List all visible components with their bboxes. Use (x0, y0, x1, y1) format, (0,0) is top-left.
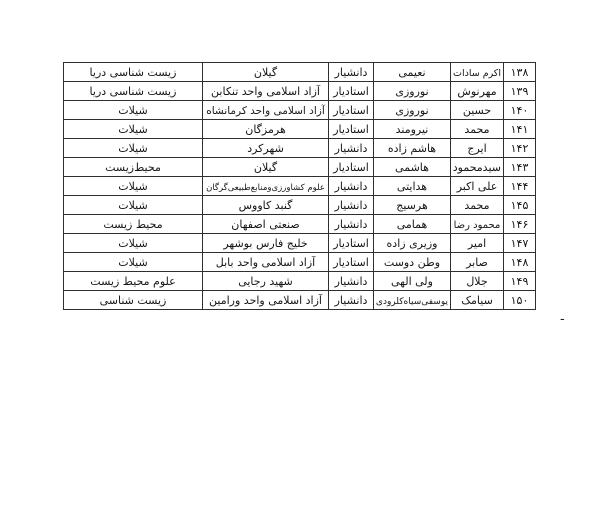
university-cell: هرمزگان (203, 120, 329, 139)
rank-cell: استادیار (329, 234, 374, 253)
row-number-cell: ۱۴۱ (504, 120, 536, 139)
cell-text: محمد (464, 199, 489, 212)
cell-text: گنبد کاووس (239, 199, 293, 212)
table-row: ۱۴۱محمدنیرومنداستادیارهرمزگانشیلات (64, 120, 536, 139)
first-name-cell: علی اکبر (451, 177, 504, 196)
cell-text: ایرج (467, 142, 486, 155)
cell-text: نعیمی (398, 66, 425, 79)
last-name-cell: هاشمی (374, 158, 451, 177)
table-row: ۱۴۳سیدمحمودهاشمیاستادیارگیلانمحیط‌زیست (64, 158, 536, 177)
cell-text: دانشیار (335, 218, 368, 231)
last-name-cell: هرسیج (374, 196, 451, 215)
field-cell: شیلات (64, 120, 203, 139)
cell-text: شیلات (118, 180, 147, 193)
cell-text: خلیج فارس بوشهر (223, 237, 307, 250)
cell-text: ۱۴۰ (511, 104, 529, 117)
last-name-cell: نوروزی (374, 101, 451, 120)
row-number-cell: ۱۴۷ (504, 234, 536, 253)
last-name-cell: وزیری زاده (374, 234, 451, 253)
table-row: ۱۴۵محمدهرسیجدانشیارگنبد کاووسشیلات (64, 196, 536, 215)
cell-text: ۱۴۶ (511, 218, 529, 231)
table-row: ۱۴۶محمود رضاهمامیدانشیارصنعتی اصفهانمحیط… (64, 215, 536, 234)
cell-text: ۱۴۱ (511, 123, 529, 136)
cell-text: دانشیار (335, 142, 368, 155)
cell-text: یوسفی‌سیاه‌کلرودی (376, 297, 448, 307)
cell-text: گیلان (254, 161, 277, 174)
field-cell: زیست شناسی (64, 291, 203, 310)
row-number-cell: ۱۳۹ (504, 82, 536, 101)
cell-text: صنعتی اصفهان (231, 218, 299, 231)
cell-text: هرسیج (396, 199, 428, 212)
cell-text: ۱۵۰ (511, 294, 529, 307)
cell-text: ۱۴۹ (511, 275, 529, 288)
university-cell: آزاد اسلامی واحد بابل (203, 253, 329, 272)
cell-text: زیست شناسی دریا (90, 66, 177, 79)
field-cell: شیلات (64, 139, 203, 158)
cell-text: استادیار (333, 237, 369, 250)
table-row: ۱۳۸اکرم ساداتنعیمیدانشیارگیلانزیست شناسی… (64, 63, 536, 82)
field-cell: شیلات (64, 196, 203, 215)
cell-text: شیلات (118, 104, 147, 117)
rank-cell: دانشیار (329, 196, 374, 215)
cell-text: ۱۳۸ (511, 66, 529, 79)
cell-text: ۱۴۸ (511, 256, 529, 269)
field-cell: محیط‌زیست (64, 158, 203, 177)
cell-text: هدایتی (397, 180, 427, 193)
cell-text: وزیری زاده (387, 237, 438, 250)
first-name-cell: محمد (451, 196, 504, 215)
rank-cell: استادیار (329, 101, 374, 120)
table-row: ۱۳۹مهرنوشنوروزیاستادیارآزاد اسلامی واحد … (64, 82, 536, 101)
rank-cell: دانشیار (329, 291, 374, 310)
last-name-cell: نیرومند (374, 120, 451, 139)
first-name-cell: حسین (451, 101, 504, 120)
cell-text: شیلات (118, 256, 147, 269)
last-name-cell: هدایتی (374, 177, 451, 196)
first-name-cell: جلال (451, 272, 504, 291)
row-number-cell: ۱۴۸ (504, 253, 536, 272)
first-name-cell: اکرم سادات (451, 63, 504, 82)
row-number-cell: ۱۵۰ (504, 291, 536, 310)
university-cell: علوم کشاورزی‌ومنابع‌طبیعی‌گرگان (203, 177, 329, 196)
page-dash: - (560, 312, 565, 327)
university-cell: شهرکرد (203, 139, 329, 158)
cell-text: محیط زیست (103, 218, 162, 231)
cell-text: هاشمی (395, 161, 429, 174)
cell-text: صابر (466, 256, 488, 269)
first-name-cell: محمد (451, 120, 504, 139)
cell-text: آزاد اسلامی واحد ورامین (209, 294, 322, 307)
cell-text: استادیار (333, 161, 369, 174)
field-cell: شیلات (64, 253, 203, 272)
cell-text: آزاد اسلامی واحد کرمانشاه (206, 105, 325, 117)
university-cell: گیلان (203, 158, 329, 177)
last-name-cell: نوروزی (374, 82, 451, 101)
cell-text: گیلان (254, 66, 277, 79)
first-name-cell: مهرنوش (451, 82, 504, 101)
cell-text: هرمزگان (245, 123, 286, 136)
cell-text: نیرومند (396, 123, 429, 136)
cell-text: نوروزی (395, 104, 428, 117)
cell-text: ولی الهی (391, 275, 433, 288)
cell-text: دانشیار (335, 66, 368, 79)
cell-text: شهرکرد (247, 142, 284, 155)
rank-cell: دانشیار (329, 272, 374, 291)
cell-text: شیلات (118, 199, 147, 212)
table-row: ۱۴۹جلالولی الهیدانشیارشهید رجاییعلوم محی… (64, 272, 536, 291)
cell-text: آزاد اسلامی واحد تنکابن (211, 85, 320, 98)
first-name-cell: صابر (451, 253, 504, 272)
cell-text: نوروزی (395, 85, 428, 98)
cell-text: استادیار (333, 123, 369, 136)
university-cell: خلیج فارس بوشهر (203, 234, 329, 253)
last-name-cell: همامی (374, 215, 451, 234)
table-row: ۱۴۰حسیننوروزیاستادیارآزاد اسلامی واحد کر… (64, 101, 536, 120)
table-row: ۱۵۰سیامکیوسفی‌سیاه‌کلرودیدانشیارآزاد اسل… (64, 291, 536, 310)
rank-cell: دانشیار (329, 215, 374, 234)
field-cell: شیلات (64, 177, 203, 196)
university-cell: گنبد کاووس (203, 196, 329, 215)
first-name-cell: محمود رضا (451, 215, 504, 234)
rank-cell: دانشیار (329, 139, 374, 158)
cell-text: هاشم زاده (388, 142, 436, 155)
table-row: ۱۴۸صابروطن دوستاستادیارآزاد اسلامی واحد … (64, 253, 536, 272)
row-number-cell: ۱۴۶ (504, 215, 536, 234)
cell-text: ۱۳۹ (511, 85, 529, 98)
table-row: ۱۴۲ایرجهاشم زادهدانشیارشهرکردشیلات (64, 139, 536, 158)
cell-text: دانشیار (335, 275, 368, 288)
cell-text: همامی (397, 218, 428, 231)
cell-text: ۱۴۴ (511, 180, 529, 193)
cell-text: محیط‌زیست (105, 161, 161, 174)
cell-text: شهید رجایی (238, 275, 293, 288)
field-cell: محیط زیست (64, 215, 203, 234)
table-row: ۱۴۴علی اکبرهدایتیدانشیارعلوم کشاورزی‌ومن… (64, 177, 536, 196)
first-name-cell: امیر (451, 234, 504, 253)
field-cell: علوم محیط زیست (64, 272, 203, 291)
field-cell: زیست شناسی دریا (64, 63, 203, 82)
cell-text: شیلات (118, 123, 147, 136)
cell-text: علی اکبر (457, 180, 498, 193)
cell-text: مهرنوش (457, 85, 496, 98)
row-number-cell: ۱۴۲ (504, 139, 536, 158)
cell-text: شیلات (118, 237, 147, 250)
first-name-cell: سیامک (451, 291, 504, 310)
field-cell: زیست شناسی دریا (64, 82, 203, 101)
table-row: ۱۴۷امیروزیری زادهاستادیارخلیج فارس بوشهر… (64, 234, 536, 253)
cell-text: زیست شناسی (100, 294, 167, 307)
cell-text: استادیار (333, 85, 369, 98)
row-number-cell: ۱۳۸ (504, 63, 536, 82)
cell-text: استادیار (333, 256, 369, 269)
field-cell: شیلات (64, 234, 203, 253)
cell-text: دانشیار (335, 199, 368, 212)
last-name-cell: ولی الهی (374, 272, 451, 291)
cell-text: سیامک (461, 294, 493, 307)
rank-cell: استادیار (329, 82, 374, 101)
cell-text: حسین (463, 104, 491, 117)
rank-cell: دانشیار (329, 63, 374, 82)
cell-text: استادیار (333, 104, 369, 117)
university-cell: گیلان (203, 63, 329, 82)
last-name-cell: نعیمی (374, 63, 451, 82)
rank-cell: دانشیار (329, 177, 374, 196)
last-name-cell: وطن دوست (374, 253, 451, 272)
last-name-cell: هاشم زاده (374, 139, 451, 158)
cell-text: ۱۴۲ (511, 142, 529, 155)
university-cell: آزاد اسلامی واحد تنکابن (203, 82, 329, 101)
last-name-cell: یوسفی‌سیاه‌کلرودی (374, 291, 451, 310)
cell-text: دانشیار (335, 180, 368, 193)
cell-text: ۱۴۷ (511, 237, 529, 250)
cell-text: سیدمحمود (453, 161, 501, 174)
cell-text: امیر (468, 237, 486, 250)
cell-text: زیست شناسی دریا (90, 85, 177, 98)
cell-text: علوم کشاورزی‌ومنابع‌طبیعی‌گرگان (206, 183, 325, 193)
field-cell: شیلات (64, 101, 203, 120)
cell-text: علوم محیط زیست (90, 275, 175, 288)
cell-text: وطن دوست (384, 256, 440, 269)
row-number-cell: ۱۴۴ (504, 177, 536, 196)
cell-text: اکرم سادات (453, 68, 501, 79)
row-number-cell: ۱۴۰ (504, 101, 536, 120)
university-cell: صنعتی اصفهان (203, 215, 329, 234)
row-number-cell: ۱۴۹ (504, 272, 536, 291)
cell-text: جلال (466, 275, 487, 288)
cell-text: ۱۴۳ (511, 161, 529, 174)
rank-cell: استادیار (329, 253, 374, 272)
cell-text: محمد (464, 123, 489, 136)
cell-text: محمود رضا (454, 220, 501, 231)
rank-cell: استادیار (329, 120, 374, 139)
first-name-cell: سیدمحمود (451, 158, 504, 177)
cell-text: دانشیار (335, 294, 368, 307)
row-number-cell: ۱۴۳ (504, 158, 536, 177)
first-name-cell: ایرج (451, 139, 504, 158)
row-number-cell: ۱۴۵ (504, 196, 536, 215)
cell-text: شیلات (118, 142, 147, 155)
university-cell: آزاد اسلامی واحد ورامین (203, 291, 329, 310)
faculty-table: ۱۳۸اکرم ساداتنعیمیدانشیارگیلانزیست شناسی… (63, 62, 536, 310)
university-cell: شهید رجایی (203, 272, 329, 291)
cell-text: آزاد اسلامی واحد بابل (216, 256, 315, 269)
university-cell: آزاد اسلامی واحد کرمانشاه (203, 101, 329, 120)
cell-text: ۱۴۵ (511, 199, 529, 212)
rank-cell: استادیار (329, 158, 374, 177)
table-body: ۱۳۸اکرم ساداتنعیمیدانشیارگیلانزیست شناسی… (64, 63, 536, 310)
